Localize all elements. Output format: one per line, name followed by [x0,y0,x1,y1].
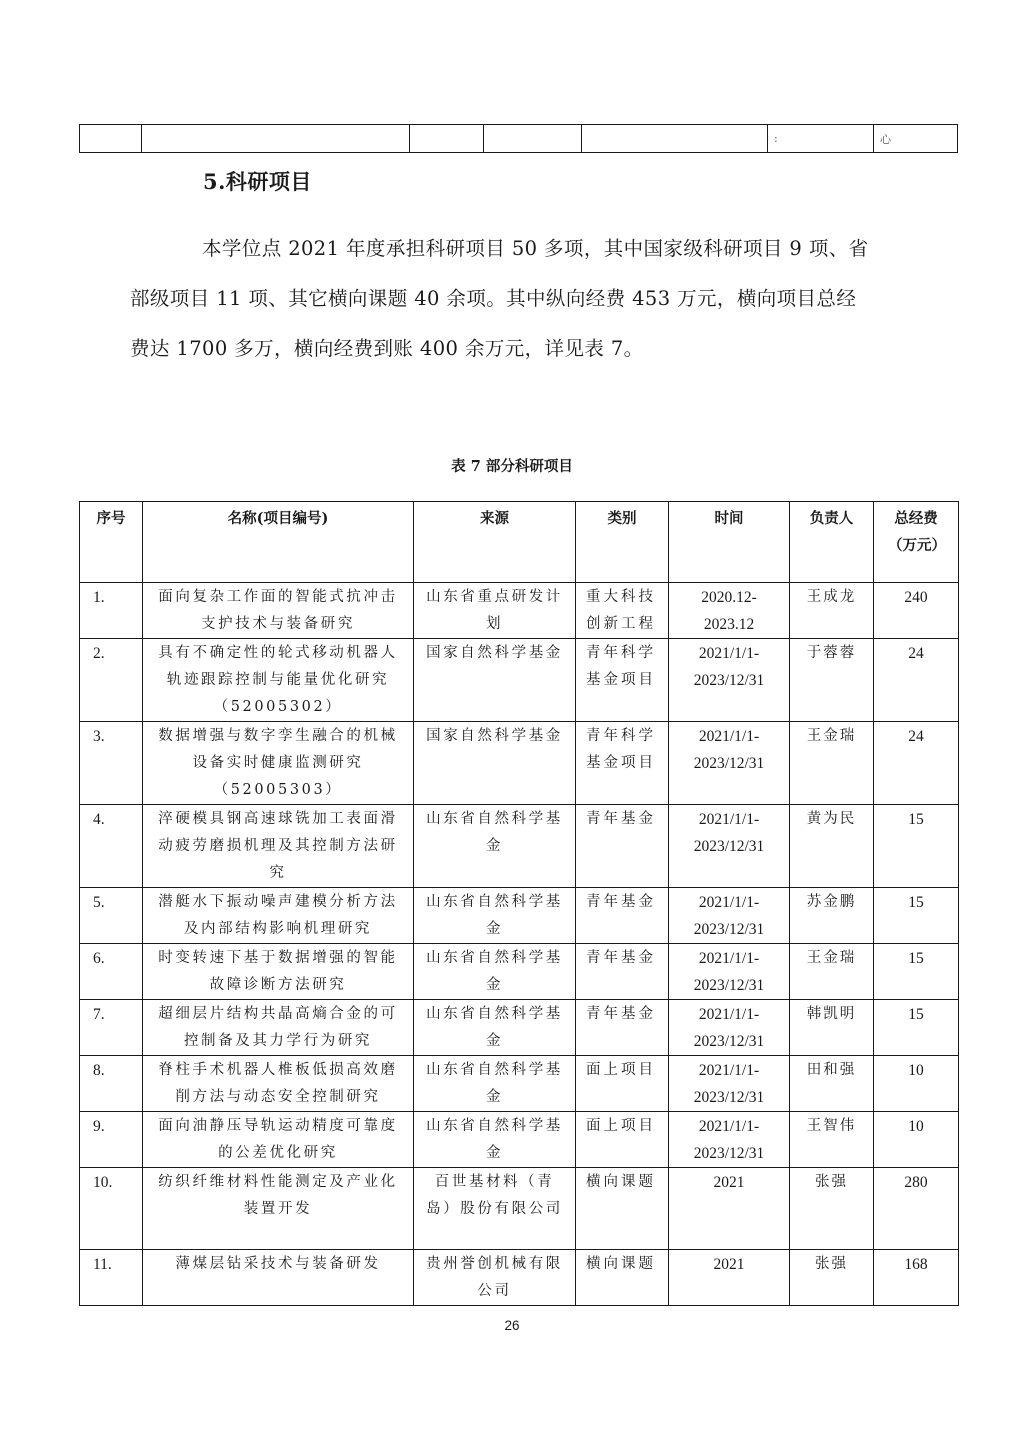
cell-name: 超细层片结构共晶高熵合金的可控制备及其力学行为研究 [143,1000,414,1056]
cell-name: 淬硬模具钢高速球铣加工表面滑动疲劳磨损机理及其控制方法研究 [143,805,414,888]
table-row: 2. 具有不确定性的轮式移动机器人轨迹跟踪控制与能量优化研究（52005302）… [80,639,959,722]
cell-amount: 15 [874,888,959,944]
cell-category: 面上项目 [576,1112,669,1168]
cell-amount: 24 [874,639,959,722]
cell-index: 9. [80,1112,143,1168]
cell-amount: 10 [874,1112,959,1168]
cell-category: 青年基金 [576,888,669,944]
cell-pi: 王成龙 [790,583,874,639]
cell-name: 面向复杂工作面的智能式抗冲击支护技术与装备研究 [143,583,414,639]
cell-amount: 240 [874,583,959,639]
cell-source: 山东省自然科学基金 [414,805,576,888]
cell-pi: 韩凯明 [790,1000,874,1056]
cell-time: 2021/1/1-2023/12/31 [669,805,790,888]
header-pi: 负责人 [790,502,874,583]
cell-category: 青年科学基金项目 [576,722,669,805]
cell-amount: 10 [874,1056,959,1112]
table-row: 8. 脊柱手术机器人椎板低损高效磨削方法与动态安全控制研究 山东省自然科学基金 … [80,1056,959,1112]
table-cell [80,125,142,153]
cell-source: 山东省自然科学基金 [414,1112,576,1168]
cell-index: 11. [80,1250,143,1306]
cell-pi: 王金瑞 [790,944,874,1000]
cell-category: 横向课题 [576,1168,669,1250]
cell-name: 具有不确定性的轮式移动机器人轨迹跟踪控制与能量优化研究（52005302） [143,639,414,722]
cell-name: 脊柱手术机器人椎板低损高效磨削方法与动态安全控制研究 [143,1056,414,1112]
table-cell: : [768,125,874,153]
cell-name: 面向油静压导轨运动精度可靠度的公差优化研究 [143,1112,414,1168]
cell-pi: 苏金鹏 [790,888,874,944]
cell-source: 国家自然科学基金 [414,639,576,722]
cell-name: 薄煤层钻采技术与装备研发 [143,1250,414,1306]
cell-category: 重大科技创新工程 [576,583,669,639]
cell-pi: 黄为民 [790,805,874,888]
cell-source: 山东省自然科学基金 [414,1000,576,1056]
cell-name: 纺织纤维材料性能测定及产业化装置开发 [143,1168,414,1250]
table-header-row: 序号 名称(项目编号) 来源 类别 时间 负责人 总经费（万元） [80,502,959,583]
table-row: 9. 面向油静压导轨运动精度可靠度的公差优化研究 山东省自然科学基金 面上项目 … [80,1112,959,1168]
cell-source: 山东省重点研发计划 [414,583,576,639]
cell-category: 青年基金 [576,805,669,888]
table-row: 7. 超细层片结构共晶高熵合金的可控制备及其力学行为研究 山东省自然科学基金 青… [80,1000,959,1056]
table-row: 4. 淬硬模具钢高速球铣加工表面滑动疲劳磨损机理及其控制方法研究 山东省自然科学… [80,805,959,888]
cell-category: 青年基金 [576,944,669,1000]
cell-time: 2021 [669,1168,790,1250]
cell-index: 1. [80,583,143,639]
cell-amount: 280 [874,1168,959,1250]
cell-name: 数据增强与数字孪生融合的机械设备实时健康监测研究（52005303） [143,722,414,805]
page-number: 26 [0,1318,1024,1333]
cell-index: 7. [80,1000,143,1056]
cell-time: 2020.12-2023.12 [669,583,790,639]
table-row: 6. 时变转速下基于数据增强的智能故障诊断方法研究 山东省自然科学基金 青年基金… [80,944,959,1000]
cell-name: 潜艇水下振动噪声建模分析方法及内部结构影响机理研究 [143,888,414,944]
cell-amount: 15 [874,1000,959,1056]
header-source: 来源 [414,502,576,583]
cell-amount: 15 [874,944,959,1000]
table-row: 3. 数据增强与数字孪生融合的机械设备实时健康监测研究（52005303） 国家… [80,722,959,805]
table-row: 11. 薄煤层钻采技术与装备研发 贵州誉创机械有限公司 横向课题 2021 张强… [80,1250,959,1306]
cell-source: 山东省自然科学基金 [414,1056,576,1112]
cell-index: 10. [80,1168,143,1250]
cell-pi: 张强 [790,1168,874,1250]
table-row: : 心 [80,125,958,153]
cell-index: 2. [80,639,143,722]
cell-time: 2021/1/1-2023/12/31 [669,722,790,805]
cell-time: 2021 [669,1250,790,1306]
previous-table-fragment: : 心 [79,124,958,153]
table-row: 1. 面向复杂工作面的智能式抗冲击支护技术与装备研究 山东省重点研发计划 重大科… [80,583,959,639]
cell-source: 山东省自然科学基金 [414,888,576,944]
table-cell [410,125,484,153]
header-index: 序号 [80,502,143,583]
cell-time: 2021/1/1-2023/12/31 [669,1000,790,1056]
cell-amount: 15 [874,805,959,888]
cell-time: 2021/1/1-2023/12/31 [669,1056,790,1112]
cell-index: 4. [80,805,143,888]
cell-pi: 王智伟 [790,1112,874,1168]
body-paragraph: 本学位点 2021 年度承担科研项目 50 多项，其中国家级科研项目 9 项、省… [130,224,870,374]
cell-pi: 于蓉蓉 [790,639,874,722]
cell-index: 8. [80,1056,143,1112]
table-cell: 心 [874,125,958,153]
research-projects-table: 序号 名称(项目编号) 来源 类别 时间 负责人 总经费（万元） 1. 面向复杂… [79,501,959,1306]
header-name: 名称(项目编号) [143,502,414,583]
cell-category: 面上项目 [576,1056,669,1112]
cell-source: 百世基材料（青岛）股份有限公司 [414,1168,576,1250]
cell-category: 青年基金 [576,1000,669,1056]
cell-source: 山东省自然科学基金 [414,944,576,1000]
table-cell [484,125,582,153]
header-category: 类别 [576,502,669,583]
cell-pi: 田和强 [790,1056,874,1112]
table-cell [582,125,768,153]
section-heading: 5.科研项目 [203,166,312,196]
cell-time: 2021/1/1-2023/12/31 [669,888,790,944]
cell-pi: 王金瑞 [790,722,874,805]
table-cell [142,125,410,153]
cell-index: 6. [80,944,143,1000]
table-row: 10. 纺织纤维材料性能测定及产业化装置开发 百世基材料（青岛）股份有限公司 横… [80,1168,959,1250]
cell-category: 横向课题 [576,1250,669,1306]
cell-amount: 24 [874,722,959,805]
header-time: 时间 [669,502,790,583]
cell-source: 国家自然科学基金 [414,722,576,805]
table-row: 5. 潜艇水下振动噪声建模分析方法及内部结构影响机理研究 山东省自然科学基金 青… [80,888,959,944]
cell-pi: 张强 [790,1250,874,1306]
table-caption: 表 7 部分科研项目 [0,455,1024,476]
header-amount: 总经费（万元） [874,502,959,583]
cell-index: 5. [80,888,143,944]
cell-index: 3. [80,722,143,805]
cell-time: 2021/1/1-2023/12/31 [669,1112,790,1168]
cell-time: 2021/1/1-2023/12/31 [669,639,790,722]
cell-category: 青年科学基金项目 [576,639,669,722]
cell-source: 贵州誉创机械有限公司 [414,1250,576,1306]
cell-name: 时变转速下基于数据增强的智能故障诊断方法研究 [143,944,414,1000]
cell-time: 2021/1/1-2023/12/31 [669,944,790,1000]
cell-amount: 168 [874,1250,959,1306]
